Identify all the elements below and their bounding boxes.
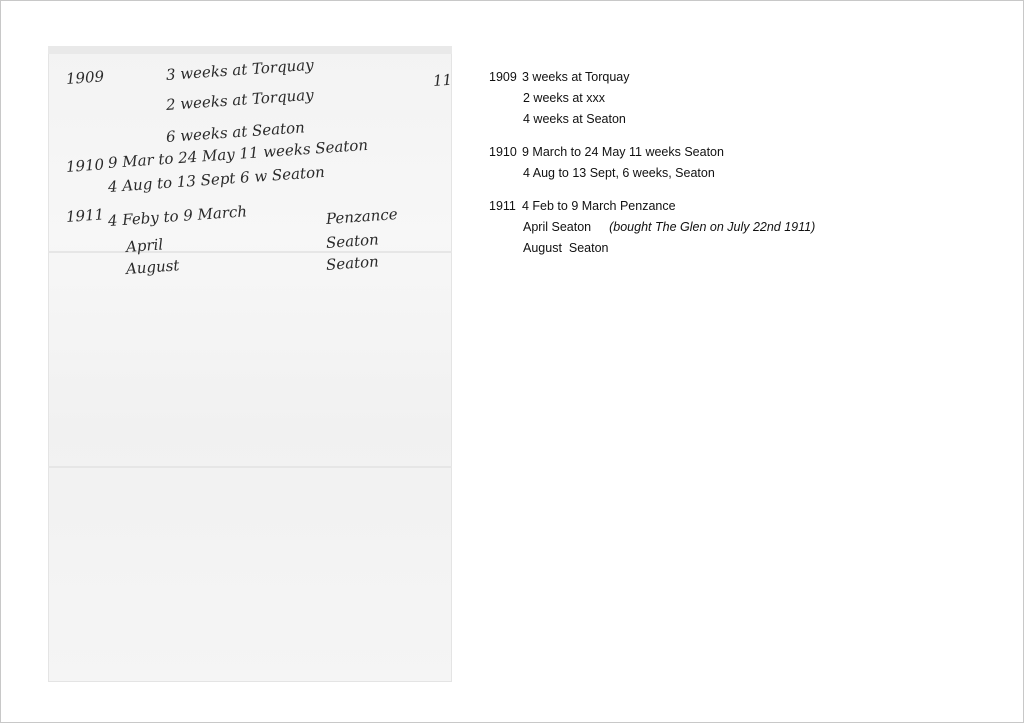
handwritten-text: 9 Mar to 24 May 11 weeks Seaton bbox=[107, 136, 368, 172]
handwritten-text: 2 weeks at Torquay bbox=[165, 86, 314, 114]
handwritten-text: April bbox=[125, 235, 163, 256]
scanned-handwritten-note: 19093 weeks at Torquay2 weeks at Torquay… bbox=[48, 46, 452, 682]
handwritten-text: Penzance bbox=[325, 205, 398, 228]
transcription: 19093 weeks at Torquay 2 weeks at xxx 4 … bbox=[489, 67, 909, 271]
entry-line: 2 weeks at xxx bbox=[523, 91, 605, 105]
entry-1910: 19109 March to 24 May 11 weeks Seaton 4 … bbox=[489, 142, 909, 184]
entry-1911: 19114 Feb to 9 March Penzance April Seat… bbox=[489, 196, 909, 259]
entry-year: 1909 bbox=[489, 67, 522, 88]
entry-line: 4 weeks at Seaton bbox=[523, 112, 626, 126]
entry-year: 1911 bbox=[489, 196, 522, 217]
paper-fold-line bbox=[48, 466, 452, 468]
entry-line: 3 weeks at Torquay bbox=[522, 70, 629, 84]
handwritten-text: 1910 bbox=[65, 155, 104, 176]
entry-line: 4 Aug to 13 Sept, 6 weeks, Seaton bbox=[523, 166, 715, 180]
handwritten-text: Seaton bbox=[325, 252, 379, 274]
entry-line: 9 March to 24 May 11 weeks Seaton bbox=[522, 145, 724, 159]
page-frame: 19093 weeks at Torquay2 weeks at Torquay… bbox=[0, 0, 1024, 723]
paper-fold-line bbox=[48, 251, 452, 253]
handwritten-text: 3 weeks at Torquay bbox=[165, 56, 314, 84]
handwritten-text: 1911 bbox=[65, 205, 104, 226]
handwritten-text: August bbox=[125, 256, 180, 278]
handwritten-text: 1909 bbox=[65, 67, 104, 88]
handwritten-text: 4 Feby to 9 March bbox=[107, 202, 247, 230]
entry-line: April Seaton bbox=[523, 220, 591, 234]
entry-line: August Seaton bbox=[523, 241, 608, 255]
entry-year: 1910 bbox=[489, 142, 522, 163]
entry-line: 4 Feb to 9 March Penzance bbox=[522, 199, 676, 213]
handwritten-text: 11 bbox=[432, 71, 452, 90]
handwritten-text: Seaton bbox=[325, 230, 379, 252]
paper-top-edge bbox=[48, 46, 452, 54]
entry-note: (bought The Glen on July 22nd 1911) bbox=[609, 220, 815, 234]
entry-1909: 19093 weeks at Torquay 2 weeks at xxx 4 … bbox=[489, 67, 909, 130]
